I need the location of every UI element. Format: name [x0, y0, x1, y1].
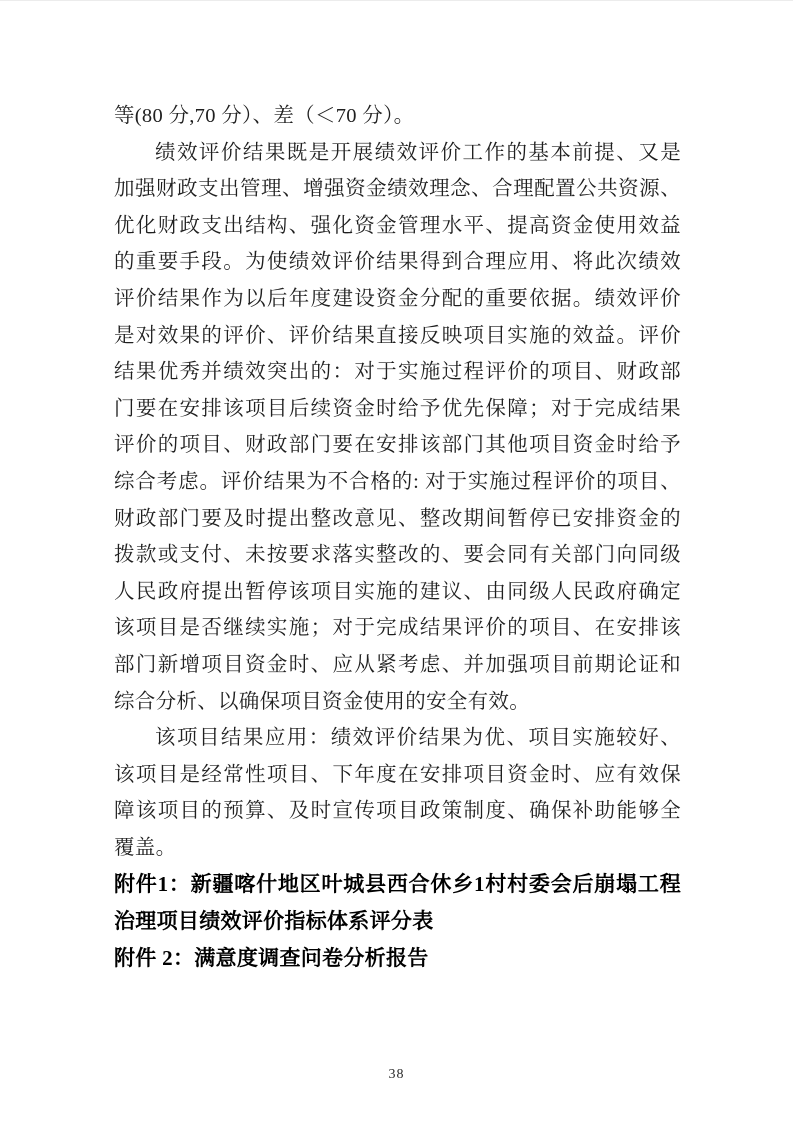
text-line: 门要在安排该项目后续资金时给予优先保障；对于完成结果: [114, 391, 681, 428]
text-line: 等(80 分,70 分）、差（＜70 分）。: [114, 98, 681, 135]
text-line: 覆盖。: [114, 830, 681, 867]
text-line: 附件 2：满意度调查问卷分析报告: [114, 940, 681, 977]
text-line: 的重要手段。为使绩效评价结果得到合理应用、将此次绩效: [114, 244, 681, 281]
text-line: 该项目是经常性项目、下年度在安排项目资金时、应有效保: [114, 757, 681, 794]
text-line: 该项目结果应用：绩效评价结果为优、项目实施较好、: [114, 720, 681, 757]
document-page: 等(80 分,70 分）、差（＜70 分）。绩效评价结果既是开展绩效评价工作的基…: [0, 0, 793, 1122]
text-line: 人民政府提出暂停该项目实施的建议、由同级人民政府确定: [114, 574, 681, 611]
document-body: 等(80 分,70 分）、差（＜70 分）。绩效评价结果既是开展绩效评价工作的基…: [114, 98, 681, 976]
text-line: 绩效评价结果既是开展绩效评价工作的基本前提、又是: [114, 135, 681, 172]
text-line: 综合分析、以确保项目资金使用的安全有效。: [114, 684, 681, 721]
page-number: 38: [0, 1067, 793, 1083]
text-line: 部门新增项目资金时、应从紧考虑、并加强项目前期论证和: [114, 647, 681, 684]
text-line: 该项目是否继续实施；对于完成结果评价的项目、在安排该: [114, 610, 681, 647]
text-line: 综合考虑。评价结果为不合格的: 对于实施过程评价的项目、: [114, 464, 681, 501]
text-line: 财政部门要及时提出整改意见、整改期间暂停已安排资金的: [114, 501, 681, 538]
text-line: 结果优秀并绩效突出的：对于实施过程评价的项目、财政部: [114, 354, 681, 391]
text-line: 优化财政支出结构、强化资金管理水平、提高资金使用效益: [114, 208, 681, 245]
text-line: 评价结果作为以后年度建设资金分配的重要依据。绩效评价: [114, 281, 681, 318]
text-line: 是对效果的评价、评价结果直接反映项目实施的效益。评价: [114, 318, 681, 355]
text-line: 障该项目的预算、及时宣传项目政策制度、确保补助能够全: [114, 793, 681, 830]
text-line: 附件1：新疆喀什地区叶城县西合休乡1村村委会后崩塌工程: [114, 866, 681, 903]
text-line: 评价的项目、财政部门要在安排该部门其他项目资金时给予: [114, 427, 681, 464]
text-line: 拨款或支付、未按要求落实整改的、要会同有关部门向同级: [114, 537, 681, 574]
text-line: 加强财政支出管理、增强资金绩效理念、合理配置公共资源、: [114, 171, 681, 208]
text-line: 治理项目绩效评价指标体系评分表: [114, 903, 681, 940]
